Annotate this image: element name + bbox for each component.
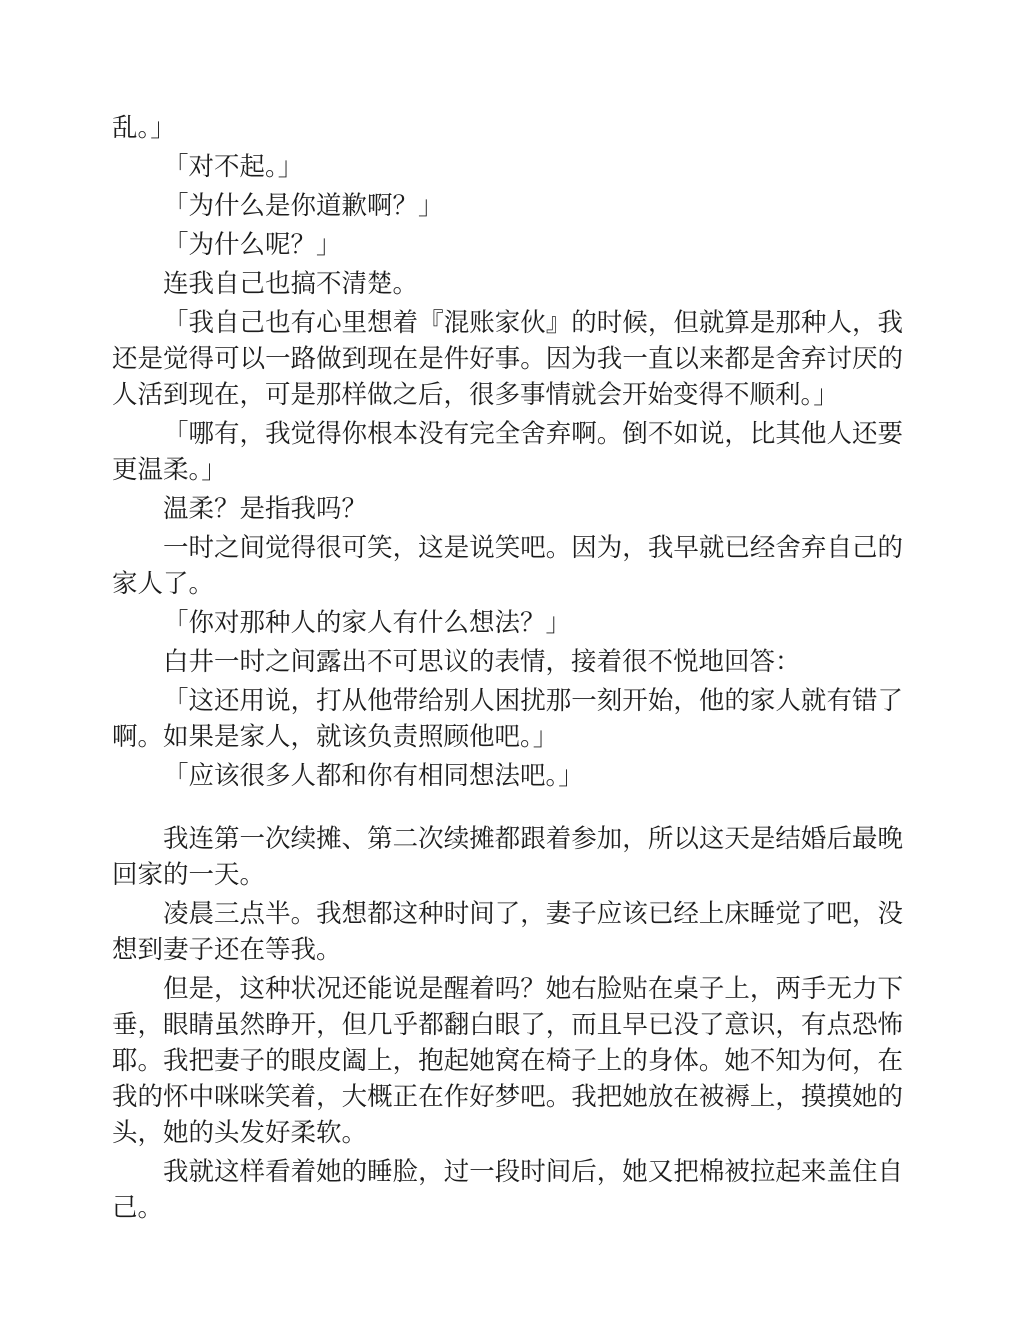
novel-paragraph: 「为什么呢？」 xyxy=(112,227,903,263)
novel-paragraph: 「应该很多人都和你有相同想法吧。」 xyxy=(112,758,903,794)
novel-paragraph: 一时之间觉得很可笑，这是说笑吧。因为，我早就已经舍弃自己的家人了。 xyxy=(112,530,903,602)
novel-paragraph: 「这还用说，打从他带给别人困扰那一刻开始，他的家人就有错了啊。如果是家人，就该负… xyxy=(112,683,903,755)
novel-paragraph: 我连第一次续摊、第二次续摊都跟着参加，所以这天是结婚后最晚回家的一天。 xyxy=(112,821,903,893)
novel-paragraph: 连我自己也搞不清楚。 xyxy=(112,266,903,302)
novel-paragraph: 乱。」 xyxy=(112,110,903,146)
book-page: 乱。」「对不起。」「为什么是你道歉啊？」「为什么呢？」连我自己也搞不清楚。「我自… xyxy=(0,0,1020,1320)
novel-paragraph: 凌晨三点半。我想都这种时间了，妻子应该已经上床睡觉了吧，没想到妻子还在等我。 xyxy=(112,896,903,968)
novel-paragraph: 我就这样看着她的睡脸，过一段时间后，她又把棉被拉起来盖住自己。 xyxy=(112,1154,903,1226)
novel-paragraph: 「哪有，我觉得你根本没有完全舍弃啊。倒不如说，比其他人还要更温柔。」 xyxy=(112,416,903,488)
section-break xyxy=(112,797,903,821)
novel-paragraph: 「我自己也有心里想着『混账家伙』的时候，但就算是那种人，我还是觉得可以一路做到现… xyxy=(112,305,903,413)
novel-paragraph: 「对不起。」 xyxy=(112,149,903,185)
novel-paragraph: 温柔？是指我吗？ xyxy=(112,491,903,527)
novel-paragraph: 白井一时之间露出不可思议的表情，接着很不悦地回答： xyxy=(112,644,903,680)
novel-paragraph: 「你对那种人的家人有什么想法？」 xyxy=(112,605,903,641)
novel-paragraph: 「为什么是你道歉啊？」 xyxy=(112,188,903,224)
novel-paragraph: 但是，这种状况还能说是醒着吗？她右脸贴在桌子上，两手无力下垂，眼睛虽然睁开，但几… xyxy=(112,971,903,1151)
text-column: 乱。」「对不起。」「为什么是你道歉啊？」「为什么呢？」连我自己也搞不清楚。「我自… xyxy=(112,110,903,1229)
